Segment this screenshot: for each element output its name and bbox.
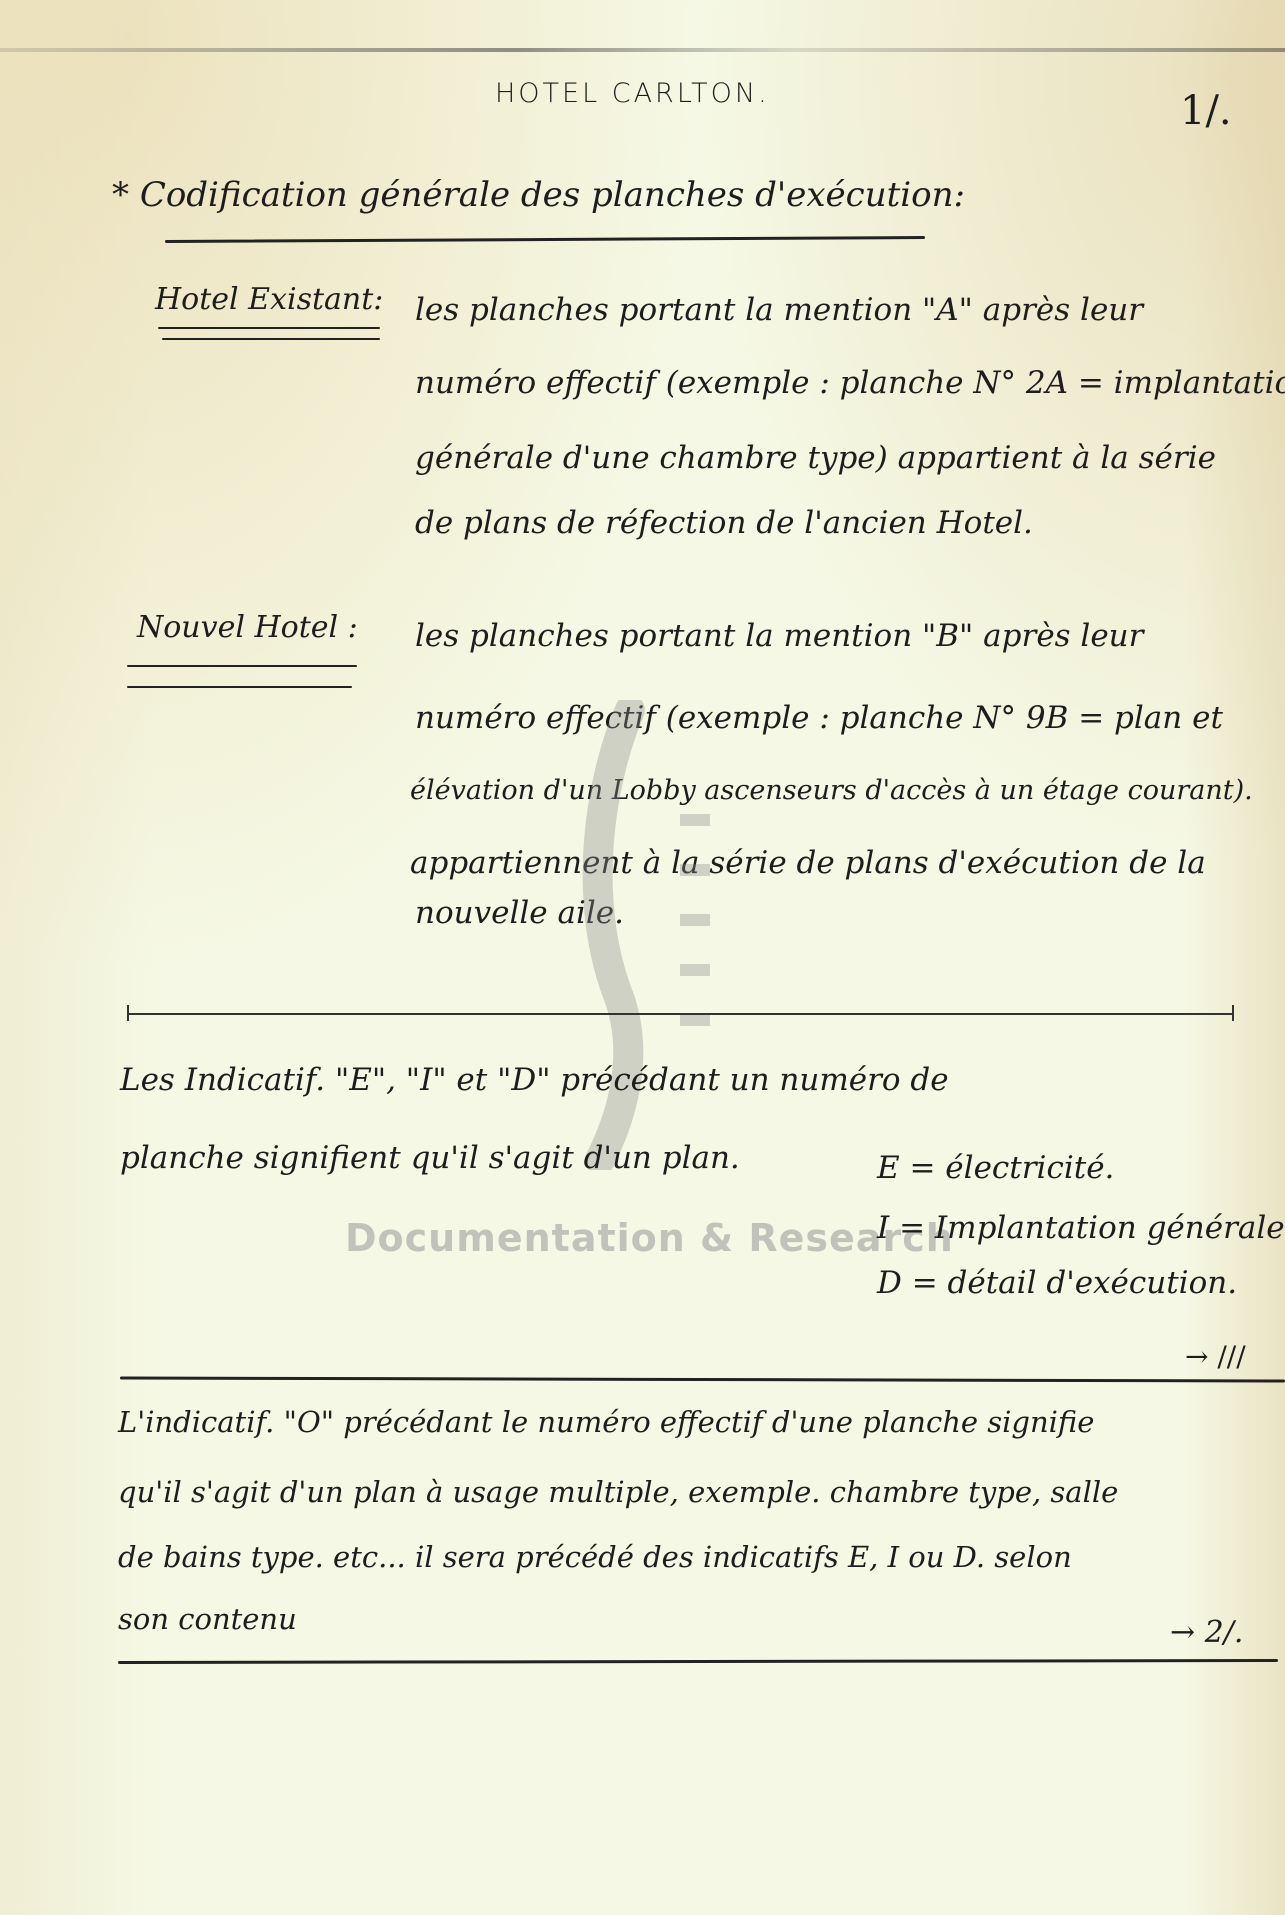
legend-line: E = électricité.	[877, 1150, 1114, 1186]
divider-rule	[128, 1013, 1233, 1015]
watermark-logo-icon	[560, 700, 740, 1170]
top-edge-rule	[0, 48, 1285, 52]
label-underline	[127, 686, 352, 688]
divider-rule	[118, 1659, 1278, 1664]
text-line: Les Indicatif. "E", "I" et "D" précédant…	[120, 1062, 949, 1098]
page-number: 1/.	[1180, 88, 1232, 134]
text-line: de bains type. etc... il sera précédé de…	[118, 1540, 1072, 1574]
heading-text: Codification générale des planches d'exé…	[140, 175, 965, 215]
text-line: générale d'une chambre type) appartient …	[415, 440, 1216, 476]
label-underline	[158, 327, 380, 329]
divider-tick	[1232, 1005, 1234, 1021]
text-line: son contenu	[118, 1602, 297, 1636]
label-separator: :	[373, 282, 383, 317]
divider-tick	[127, 1005, 129, 1021]
text-line: appartiennent à la série de plans d'exéc…	[410, 845, 1206, 881]
section-heading: * Codification générale des planches d'e…	[112, 175, 965, 215]
text-line: qu'il s'agit d'un plan à usage multiple,…	[118, 1475, 1118, 1509]
text-line: numéro effectif (exemple : planche N° 2A…	[415, 365, 1285, 401]
legend-line: I = Implantation générale	[877, 1210, 1285, 1246]
label-separator: :	[348, 610, 358, 645]
label-underline	[162, 338, 380, 340]
label-underline	[127, 665, 357, 667]
label-hotel-existant: Hotel Existant:	[155, 282, 383, 317]
text-line: L'indicatif. "O" précédant le numéro eff…	[118, 1405, 1094, 1439]
continue-arrow-icon: → 2/.	[1170, 1615, 1243, 1650]
legend-line: D = détail d'exécution.	[877, 1265, 1237, 1301]
document-page: HOTEL CARLTON. 1/. * Codification généra…	[0, 0, 1285, 1915]
text-line: de plans de réfection de l'ancien Hotel.	[415, 505, 1033, 541]
label-nouvel-hotel: Nouvel Hotel :	[137, 610, 358, 645]
text-line: les planches portant la mention "A" aprè…	[415, 292, 1143, 328]
text-line: numéro effectif (exemple : planche N° 9B…	[415, 700, 1223, 736]
text-line: les planches portant la mention "B" aprè…	[415, 618, 1143, 654]
label-text: Hotel Existant	[155, 282, 373, 317]
heading-underline	[165, 236, 925, 243]
document-title: HOTEL CARLTON.	[495, 78, 770, 109]
text-line: élévation d'un Lobby ascenseurs d'accès …	[410, 775, 1253, 806]
watermark-text: Documentation & Research	[345, 1216, 954, 1260]
continuation-scribble: → ///	[1185, 1340, 1246, 1373]
divider-rule	[120, 1376, 1285, 1382]
text-line: planche signifient qu'il s'agit d'un pla…	[120, 1140, 740, 1176]
label-text: Nouvel Hotel	[137, 610, 338, 645]
asterisk-icon: *	[112, 175, 129, 215]
